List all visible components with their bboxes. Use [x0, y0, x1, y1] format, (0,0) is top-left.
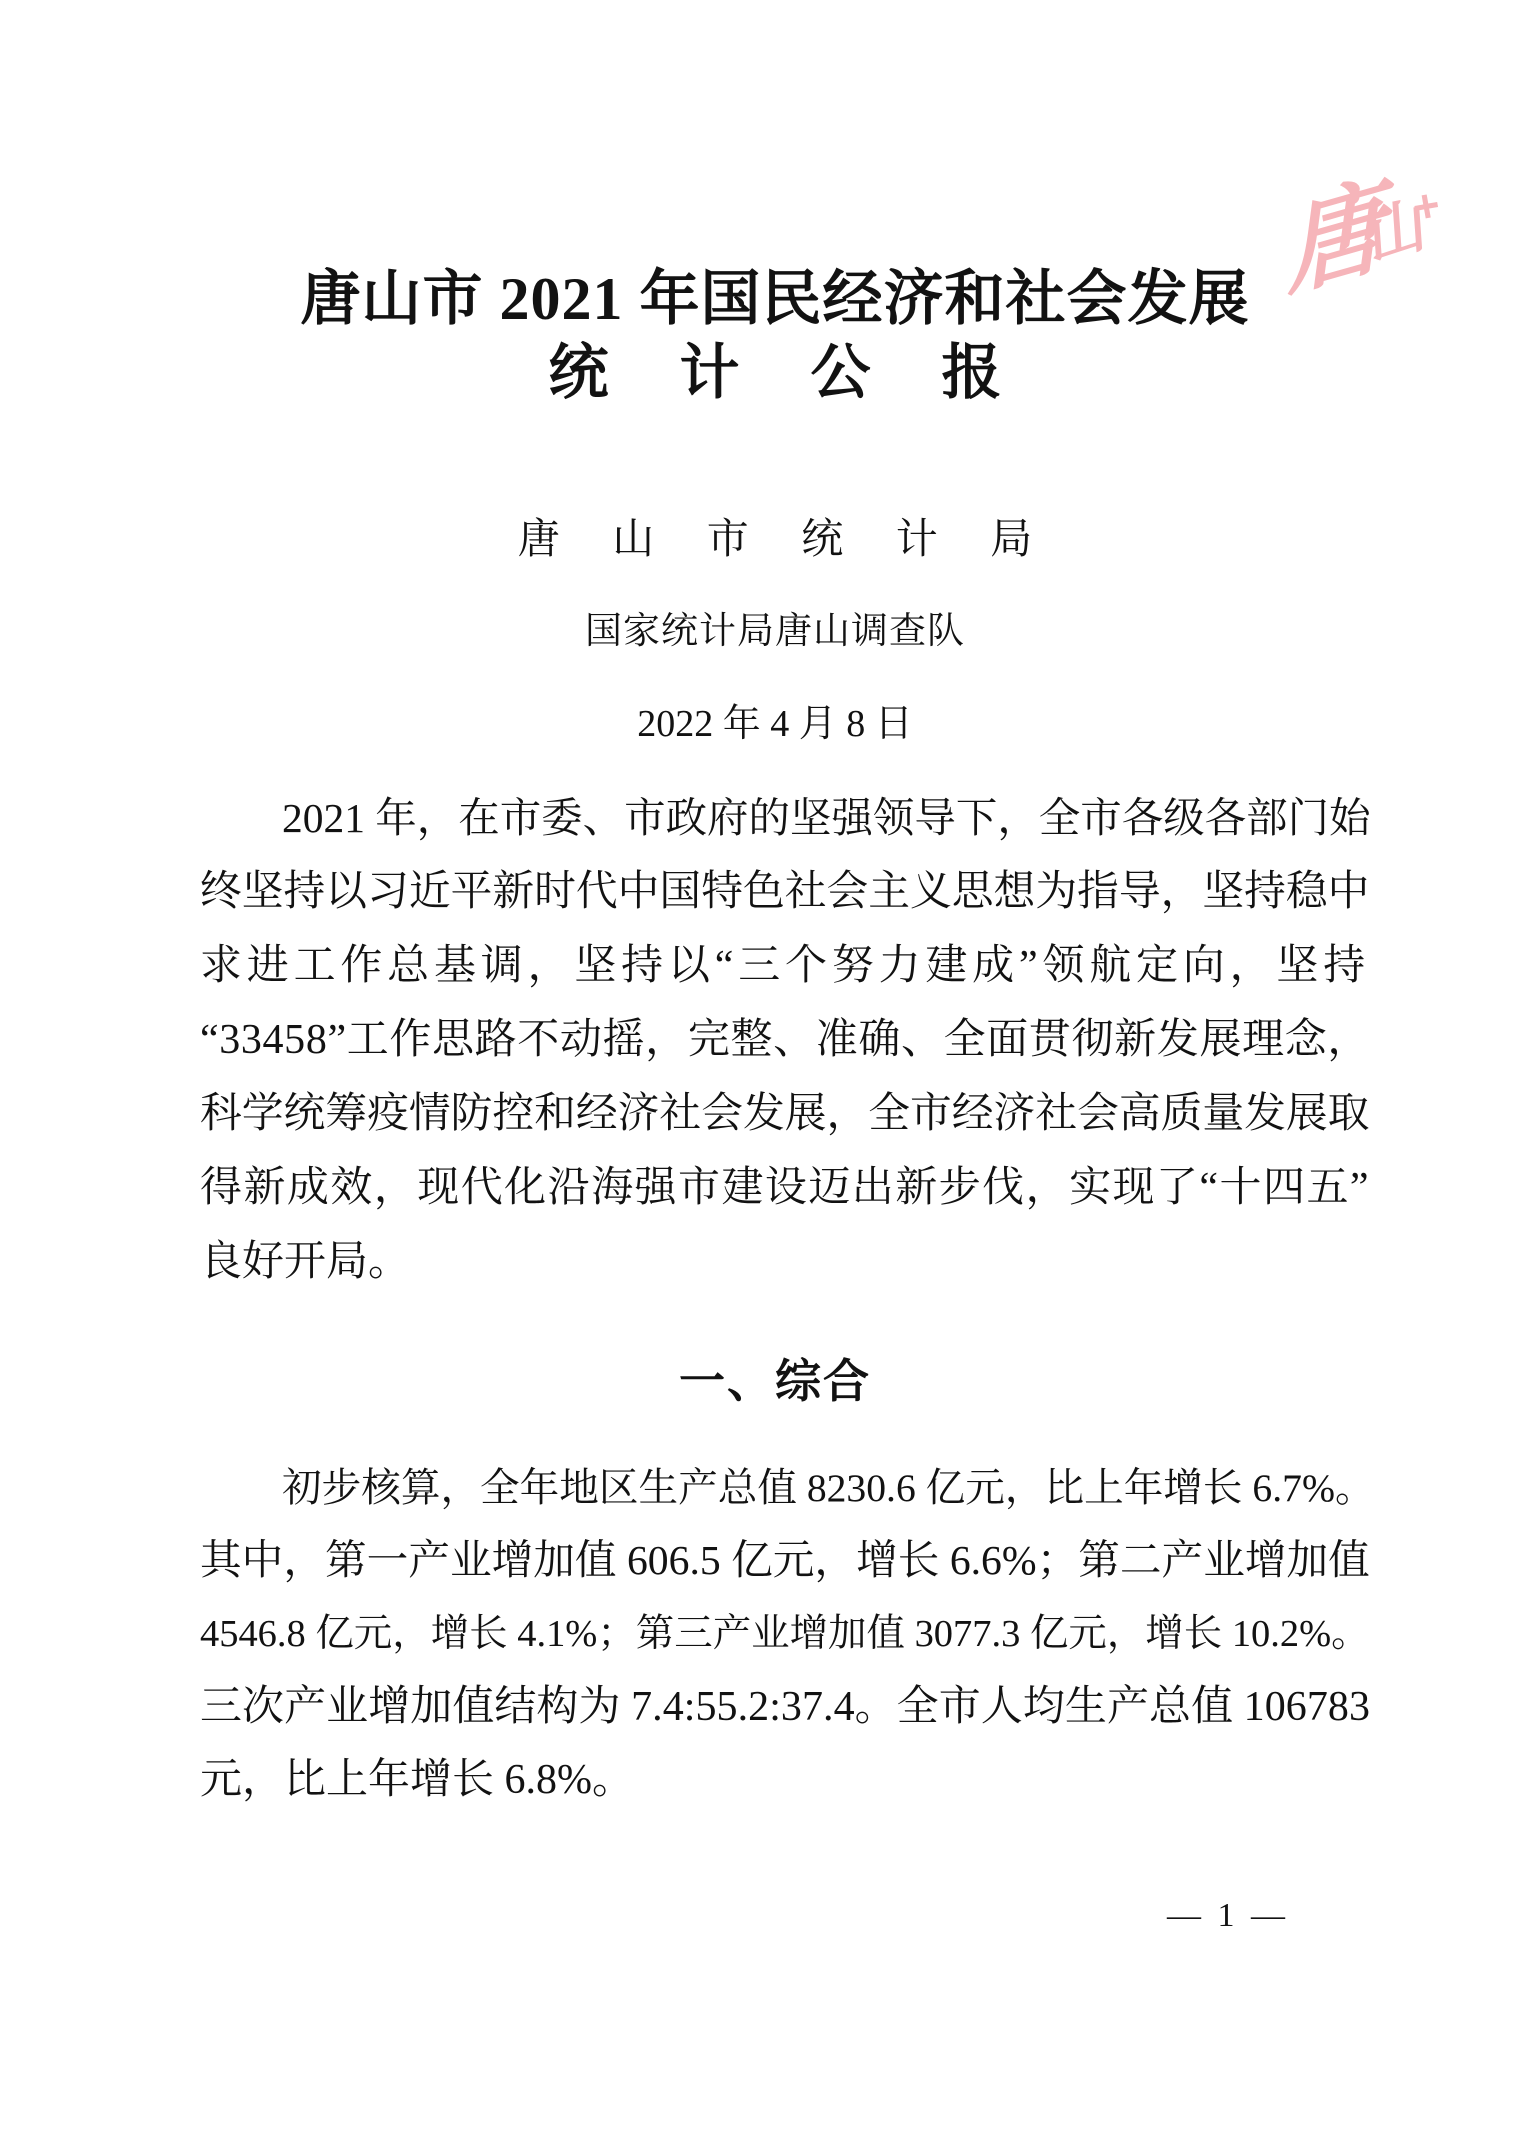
text-line: 求进工作总基调，坚持以“三个努力建成”领航定向，坚持 — [200, 929, 1370, 1003]
page-number: — 1 — — [1068, 1896, 1388, 1936]
document-title-line1: 唐山市 2021 年国民经济和社会发展 — [200, 266, 1350, 332]
text-line: “33458”工作思路不动摇，完整、准确、全面贯彻新发展理念， — [200, 1003, 1370, 1077]
text-line: 良好开局。 — [200, 1225, 1370, 1299]
document-title-line2: 统 计 公 报 — [200, 340, 1350, 406]
text-line: 4546.8 亿元，增长 4.1%；第三产业增加值 3077.3 亿元，增长 1… — [200, 1598, 1370, 1671]
paragraph-gdp-figures: 初步核算，全年地区生产总值 8230.6 亿元，比上年增长 6.7%。其中，第一… — [200, 1452, 1370, 1817]
text-line: 2021 年，在市委、市政府的坚强领导下，全市各级各部门始 — [200, 781, 1370, 855]
issuer-secondary: 国家统计局唐山调查队 — [200, 608, 1350, 656]
issuer-primary: 唐 山 市 统 计 局 — [200, 516, 1350, 564]
text-line: 三次产业增加值结构为 7.4:55.2:37.4。全市人均生产总值 106783 — [200, 1671, 1370, 1744]
text-line: 元，比上年增长 6.8%。 — [200, 1744, 1370, 1817]
text-line: 科学统筹疫情防控和经济社会发展，全市经济社会高质量发展取 — [200, 1077, 1370, 1151]
section-heading-comprehensive: 一、综合 — [200, 1353, 1350, 1409]
text-line: 初步核算，全年地区生产总值 8230.6 亿元，比上年增长 6.7%。 — [200, 1452, 1370, 1525]
document-page: 唐 山 + 唐山市 2021 年国民经济和社会发展 统 计 公 报 唐 山 市 … — [0, 0, 1515, 2143]
publish-date: 2022 年 4 月 8 日 — [200, 700, 1350, 748]
text-line: 其中，第一产业增加值 606.5 亿元，增长 6.6%；第二产业增加值 — [200, 1525, 1370, 1598]
paragraph-overview: 2021 年，在市委、市政府的坚强领导下，全市各级各部门始终坚持以习近平新时代中… — [200, 781, 1370, 1299]
text-line: 得新成效，现代化沿海强市建设迈出新步伐，实现了“十四五” — [200, 1151, 1370, 1225]
text-line: 终坚持以习近平新时代中国特色社会主义思想为指导，坚持稳中 — [200, 855, 1370, 929]
